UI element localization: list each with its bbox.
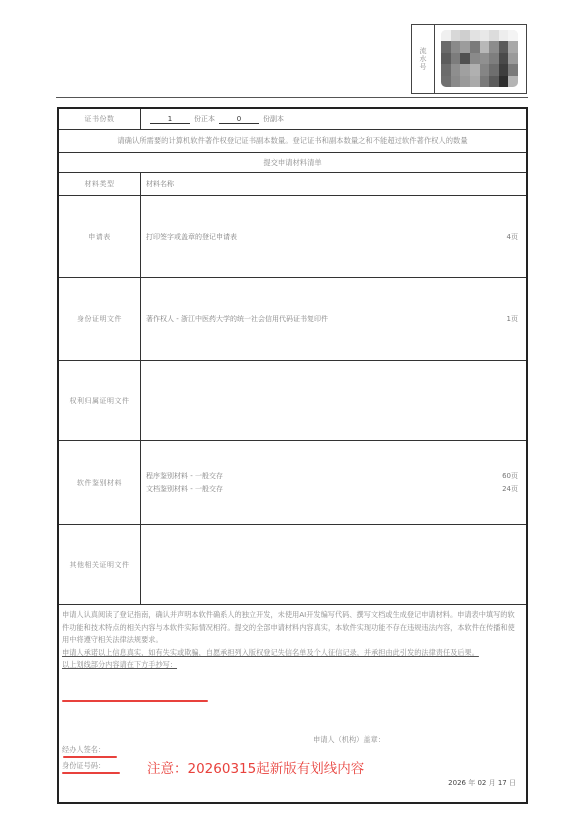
material-pages: 60页	[502, 471, 518, 481]
material-item: 文档鉴别材料 - 一般交存 24页	[146, 484, 526, 494]
serial-number-box: 流水号	[411, 24, 527, 94]
date-month-unit: 月	[489, 779, 496, 787]
material-name-header: 材料名称	[141, 173, 526, 195]
org-seal-label: 申请人（机构）盖章：	[313, 735, 385, 745]
original-unit: 份正本	[194, 114, 215, 124]
red-annotation-underline	[62, 700, 208, 702]
notice-row: 请确认所需要的计算机软件著作权登记证书副本数量。登记证书和副本数量之和不能超过软…	[59, 130, 526, 153]
material-type: 软件鉴别材料	[59, 441, 141, 524]
material-items: 程序鉴别材料 - 一般交存 60页 文档鉴别材料 - 一般交存 24页	[141, 441, 526, 524]
material-row-identity: 身份证明文件 著作权人 - 浙江中医药大学的统一社会信用代码证书复印件 1页	[59, 278, 526, 361]
id-number-label: 身份证号码：	[62, 761, 105, 771]
material-items: 打印签字或盖章的登记申请表 4页	[141, 196, 526, 277]
handler-signature-label: 经办人签名：	[62, 745, 105, 755]
declaration-paragraph: 申请人认真阅读了登记指南，确认并声明本软件确系人的独立开发，未使用AI开发编写代…	[62, 609, 520, 647]
material-items-empty	[141, 525, 526, 604]
date-year: 2026	[448, 779, 466, 787]
material-row-other: 其他相关证明文件	[59, 525, 526, 605]
material-item: 打印签字或盖章的登记申请表 4页	[146, 232, 526, 242]
material-row-software-identification: 软件鉴别材料 程序鉴别材料 - 一般交存 60页 文档鉴别材料 - 一般交存 2…	[59, 441, 526, 525]
signature-date: 2026 年 02 月 17 日	[448, 778, 516, 788]
material-items-empty	[141, 361, 526, 440]
date-year-unit: 年	[468, 779, 475, 787]
red-annotation-underline	[62, 772, 120, 774]
serial-number-label: 流水号	[412, 25, 435, 93]
red-annotation-notice: 注意：20260315起新版有划线内容	[147, 757, 364, 777]
applicant-declaration: 申请人认真阅读了登记指南，确认并声明本软件确系人的独立开发，未使用AI开发编写代…	[62, 609, 520, 672]
material-name: 著作权人 - 浙江中医药大学的统一社会信用代码证书复印件	[146, 314, 328, 324]
redaction-mosaic	[441, 30, 518, 87]
submission-form-table: 证书份数 1 份正本 0 份副本 请确认所需要的计算机软件著作权登记证书副本数量…	[57, 107, 528, 804]
materials-title: 提交申请材料清单	[59, 153, 526, 172]
material-type: 权利归属证明文件	[59, 361, 141, 440]
material-type: 申请表	[59, 196, 141, 277]
material-row-application: 申请表 打印签字或盖章的登记申请表 4页	[59, 196, 526, 278]
serial-number-value-redacted	[435, 25, 526, 93]
certificate-count-values: 1 份正本 0 份副本	[141, 109, 526, 129]
material-item: 著作权人 - 浙江中医药大学的统一社会信用代码证书复印件 1页	[146, 314, 526, 324]
material-name: 打印签字或盖章的登记申请表	[146, 232, 237, 242]
red-annotation-underline	[63, 756, 117, 758]
date-day-unit: 日	[509, 779, 516, 787]
copy-unit: 份副本	[263, 114, 284, 124]
date-month: 02	[477, 779, 486, 787]
copy-count-notice: 请确认所需要的计算机软件著作权登记证书副本数量。登记证书和副本数量之和不能超过软…	[59, 130, 526, 152]
material-type: 身份证明文件	[59, 278, 141, 360]
certificate-count-row: 证书份数 1 份正本 0 份副本	[59, 109, 526, 130]
material-pages: 24页	[502, 484, 518, 494]
declaration-commitment-underlined: 申请人承诺以上信息真实，如有失实或欺骗，自愿承担列入版权登记失信名单及个人征信记…	[62, 647, 520, 660]
material-row-ownership: 权利归属证明文件	[59, 361, 526, 441]
material-name: 文档鉴别材料 - 一般交存	[146, 484, 223, 494]
materials-header-row: 材料类型 材料名称	[59, 173, 526, 196]
material-pages: 4页	[507, 232, 518, 242]
material-item: 程序鉴别材料 - 一般交存 60页	[146, 471, 526, 481]
certificate-count-label: 证书份数	[59, 109, 141, 129]
material-type-header: 材料类型	[59, 173, 141, 195]
top-rule-divider	[56, 97, 528, 98]
copy-instruction: 以上划线部分内容请在下方手抄写：	[62, 659, 177, 672]
copy-count-field[interactable]: 0	[219, 115, 259, 124]
material-items: 著作权人 - 浙江中医药大学的统一社会信用代码证书复印件 1页	[141, 278, 526, 360]
material-pages: 1页	[507, 314, 518, 324]
date-day: 17	[498, 779, 507, 787]
materials-title-row: 提交申请材料清单	[59, 153, 526, 173]
material-name: 程序鉴别材料 - 一般交存	[146, 471, 223, 481]
original-count-field[interactable]: 1	[150, 115, 190, 124]
material-type: 其他相关证明文件	[59, 525, 141, 604]
